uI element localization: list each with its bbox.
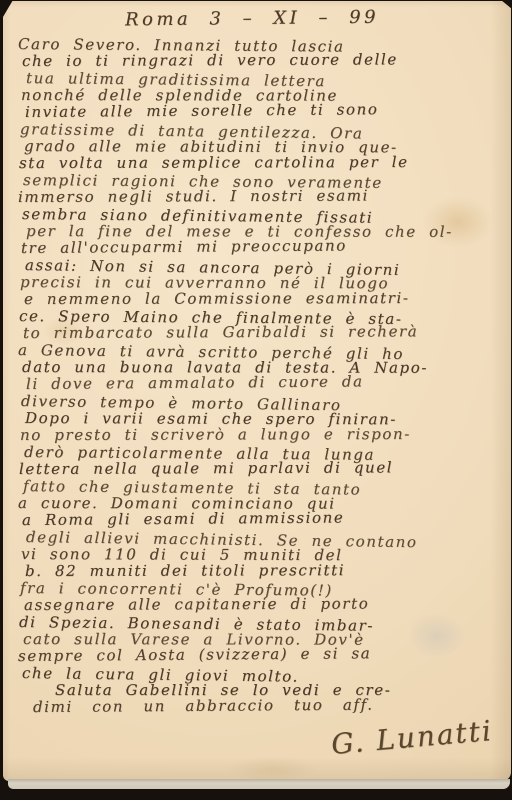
letter-line: to rimbarcato sulla Garibaldi si recherà xyxy=(23,322,511,341)
letter: Roma 3 – XI – 99 Caro Severo. Innanzi tu… xyxy=(3,1,511,781)
closing-line-2: dimi con un abbraccio tuo aff. xyxy=(33,695,511,715)
signature: G. Lunatti xyxy=(330,714,494,761)
letter-line: assegnare alle capitanerie di porto xyxy=(24,594,511,613)
letter-line: sta volta una semplice cartolina per le xyxy=(19,153,511,171)
letter-line: inviate alle mie sorelle che ti sono xyxy=(25,99,511,120)
letter-body: Caro Severo. Innanzi tutto lasciache io … xyxy=(3,35,511,754)
letter-line: sempre col Aosta (svizzera) e si sa xyxy=(18,643,511,664)
letter-line: b. 82 muniti dei titoli prescritti xyxy=(25,561,511,579)
card-edge-sliver xyxy=(8,779,510,789)
scan-background: { "colors": { "background": "#16110d", "… xyxy=(0,0,512,800)
letter-line: no presto ti scriverò a lungo e rispon- xyxy=(20,425,511,443)
letter-line: tre all'occuparmi mi preoccupano xyxy=(21,235,511,256)
letter-line: immerso negli studi. I nostri esami xyxy=(18,186,511,205)
letter-date: Roma 3 – XI – 99 xyxy=(125,7,379,31)
letter-line: lettera nella quale mi parlavi di quel xyxy=(19,458,511,477)
postcard: Roma 3 – XI – 99 Caro Severo. Innanzi tu… xyxy=(3,1,511,781)
letter-line: a Roma gli esami di ammissione xyxy=(22,507,511,528)
letter-line: li dove era ammalato di cuore da xyxy=(26,371,511,392)
letter-line: che io ti ringrazi di vero cuore delle xyxy=(22,50,511,69)
letter-line: e nemmeno la Commissione esaminatri- xyxy=(24,289,511,307)
